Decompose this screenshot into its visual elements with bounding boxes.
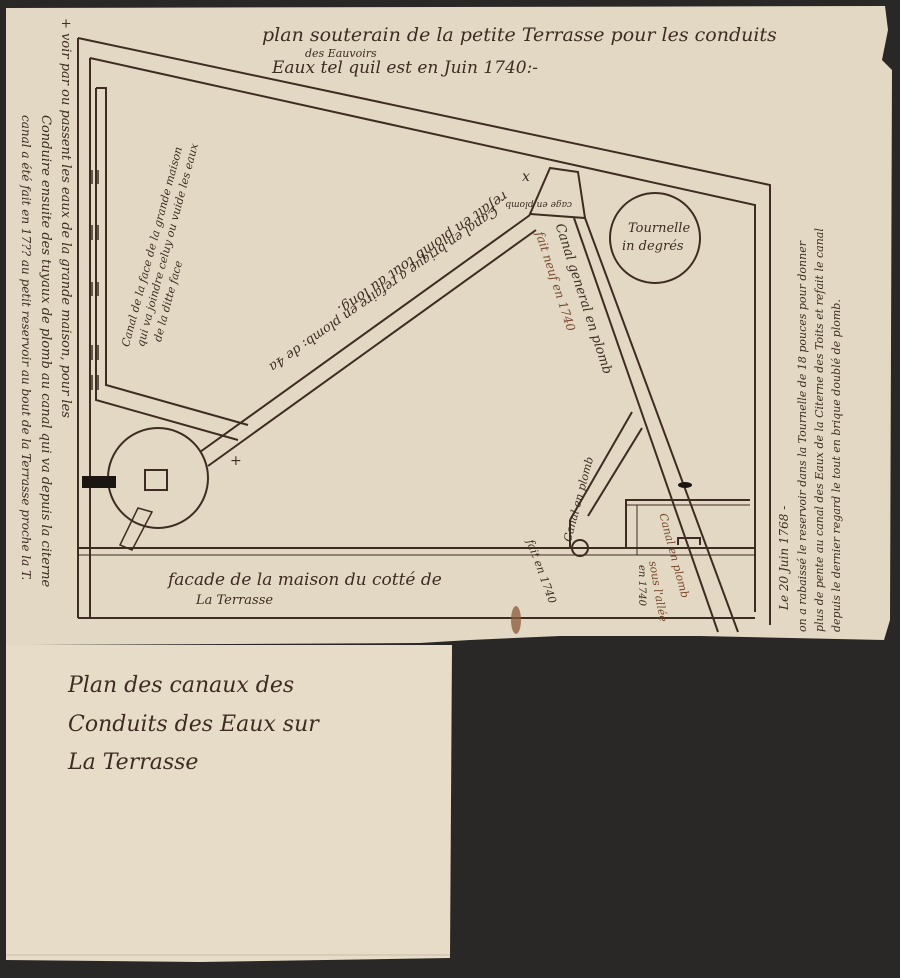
tournelle-label-1: Tournelle (628, 222, 690, 235)
right-note-line2: on a rabaissé le reservoir dans la Tourn… (797, 241, 808, 632)
slip-label-line3: La Terrasse (68, 752, 198, 774)
right-note-line3: plus de pente au canal des Eaux de la Ci… (814, 228, 825, 632)
wall-block (82, 476, 116, 488)
manuscript-scan: plan souterain de la petite Terrasse pou… (0, 0, 900, 978)
slip-label-line1: Plan des canaux des (68, 675, 294, 697)
facade-label-2: La Terrasse (196, 594, 273, 607)
slip-label-line2: Conduits des Eaux sur (68, 714, 319, 736)
x-marker-top: x (522, 170, 530, 184)
left-note-line2: Conduire ensuite des tuyaux de plomb au … (39, 115, 52, 587)
left-note-line1: + voir par ou passent les eaux de la gra… (59, 18, 72, 418)
cage-label: cage en plomb (505, 199, 572, 208)
ink-blot (678, 482, 692, 488)
right-note-line4: depuis le dernier regard le tout en briq… (831, 299, 842, 632)
right-note-line1: Le 20 Juin 1768 - (778, 506, 790, 610)
plan-drawing (0, 0, 900, 978)
plan-title-line1: plan souterain de la petite Terrasse pou… (262, 26, 777, 45)
plan-title-line2: Eaux tel quil est en Juin 1740:- (272, 60, 538, 77)
cross-marker: + (230, 454, 242, 468)
ink-stain (511, 606, 521, 634)
facade-label-1: facade de la maison du cotté de (168, 572, 442, 589)
left-note-line3: canal a été fait en 17?? au petit reserv… (20, 115, 32, 580)
tournelle-label-2: in degrés (622, 240, 684, 253)
canal-plomb-2-label-3: en 1740 (636, 565, 646, 606)
